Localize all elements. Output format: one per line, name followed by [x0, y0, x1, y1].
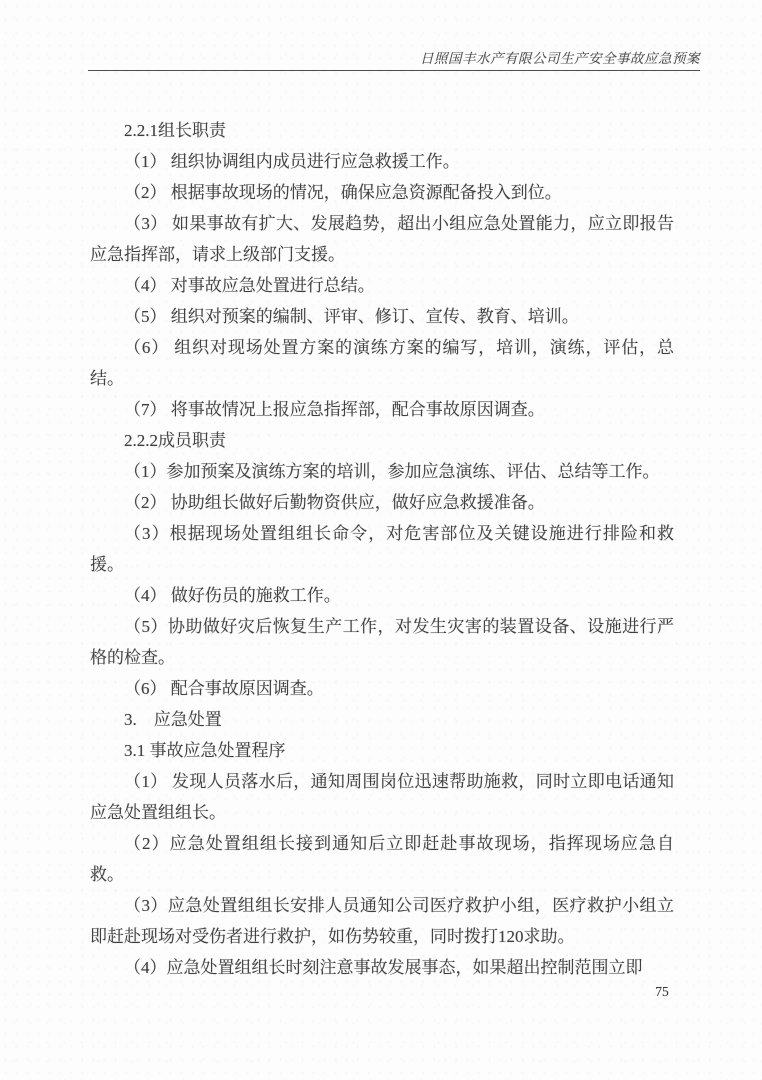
- paragraph: （3）应急处置组组长安排人员通知公司医疗救护小组，医疗救护小组立即赶赴现场对受伤…: [90, 890, 674, 952]
- header-divider: [88, 70, 700, 71]
- paragraph: （3）根据现场处置组组长命令，对危害部位及关键设施进行排险和救援。: [90, 518, 674, 580]
- paragraph: （2） 协助组长做好后勤物资供应，做好应急救援准备。: [90, 487, 674, 518]
- paragraph: （4） 做好伤员的施救工作。: [90, 580, 674, 611]
- section-heading: 2.2.2成员职责: [90, 425, 674, 456]
- paragraph: （1）参加预案及演练方案的培训，参加应急演练、评估、总结等工作。: [90, 456, 674, 487]
- paragraph: （5）协助做好灾后恢复生产工作，对发生灾害的装置设备、设施进行严格的检查。: [90, 611, 674, 673]
- section-heading: 3.1 事故应急处置程序: [90, 735, 674, 766]
- paragraph: （3） 如果事故有扩大、发展趋势，超出小组应急处置能力，应立即报告应急指挥部，请…: [90, 208, 674, 270]
- section-heading: 3. 应急处置: [90, 704, 674, 735]
- paragraph: （1） 组织协调组内成员进行应急救援工作。: [90, 146, 674, 177]
- page-number: 75: [636, 983, 688, 1001]
- document-body: 2.2.1组长职责 （1） 组织协调组内成员进行应急救援工作。 （2） 根据事故…: [90, 115, 674, 983]
- paragraph: （2） 根据事故现场的情况，确保应急资源配备投入到位。: [90, 177, 674, 208]
- paragraph: （1） 发现人员落水后，通知周围岗位迅速帮助施救，同时立即电话通知应急处置组组长…: [90, 766, 674, 828]
- paragraph: （6） 组织对现场处置方案的演练方案的编写，培训，演练，评估，总结。: [90, 332, 674, 394]
- page-header: 日照国丰水产有限公司生产安全事故应急预案: [88, 50, 700, 71]
- document-page: 日照国丰水产有限公司生产安全事故应急预案 2.2.1组长职责 （1） 组织协调组…: [0, 0, 762, 1080]
- paragraph: （4）应急处置组组长时刻注意事故发展事态，如果超出控制范围立即: [90, 952, 674, 983]
- paragraph: （7） 将事故情况上报应急指挥部，配合事故原因调查。: [90, 394, 674, 425]
- page-footer: 75: [636, 983, 688, 1001]
- paragraph: （5） 组织对预案的编制、评审、修订、宣传、教育、培训。: [90, 301, 674, 332]
- paragraph: （6） 配合事故原因调查。: [90, 673, 674, 704]
- paragraph: （2）应急处置组组长接到通知后立即赶赴事故现场，指挥现场应急自救。: [90, 828, 674, 890]
- section-heading: 2.2.1组长职责: [90, 115, 674, 146]
- running-header-title: 日照国丰水产有限公司生产安全事故应急预案: [88, 50, 700, 68]
- paragraph: （4） 对事故应急处置进行总结。: [90, 270, 674, 301]
